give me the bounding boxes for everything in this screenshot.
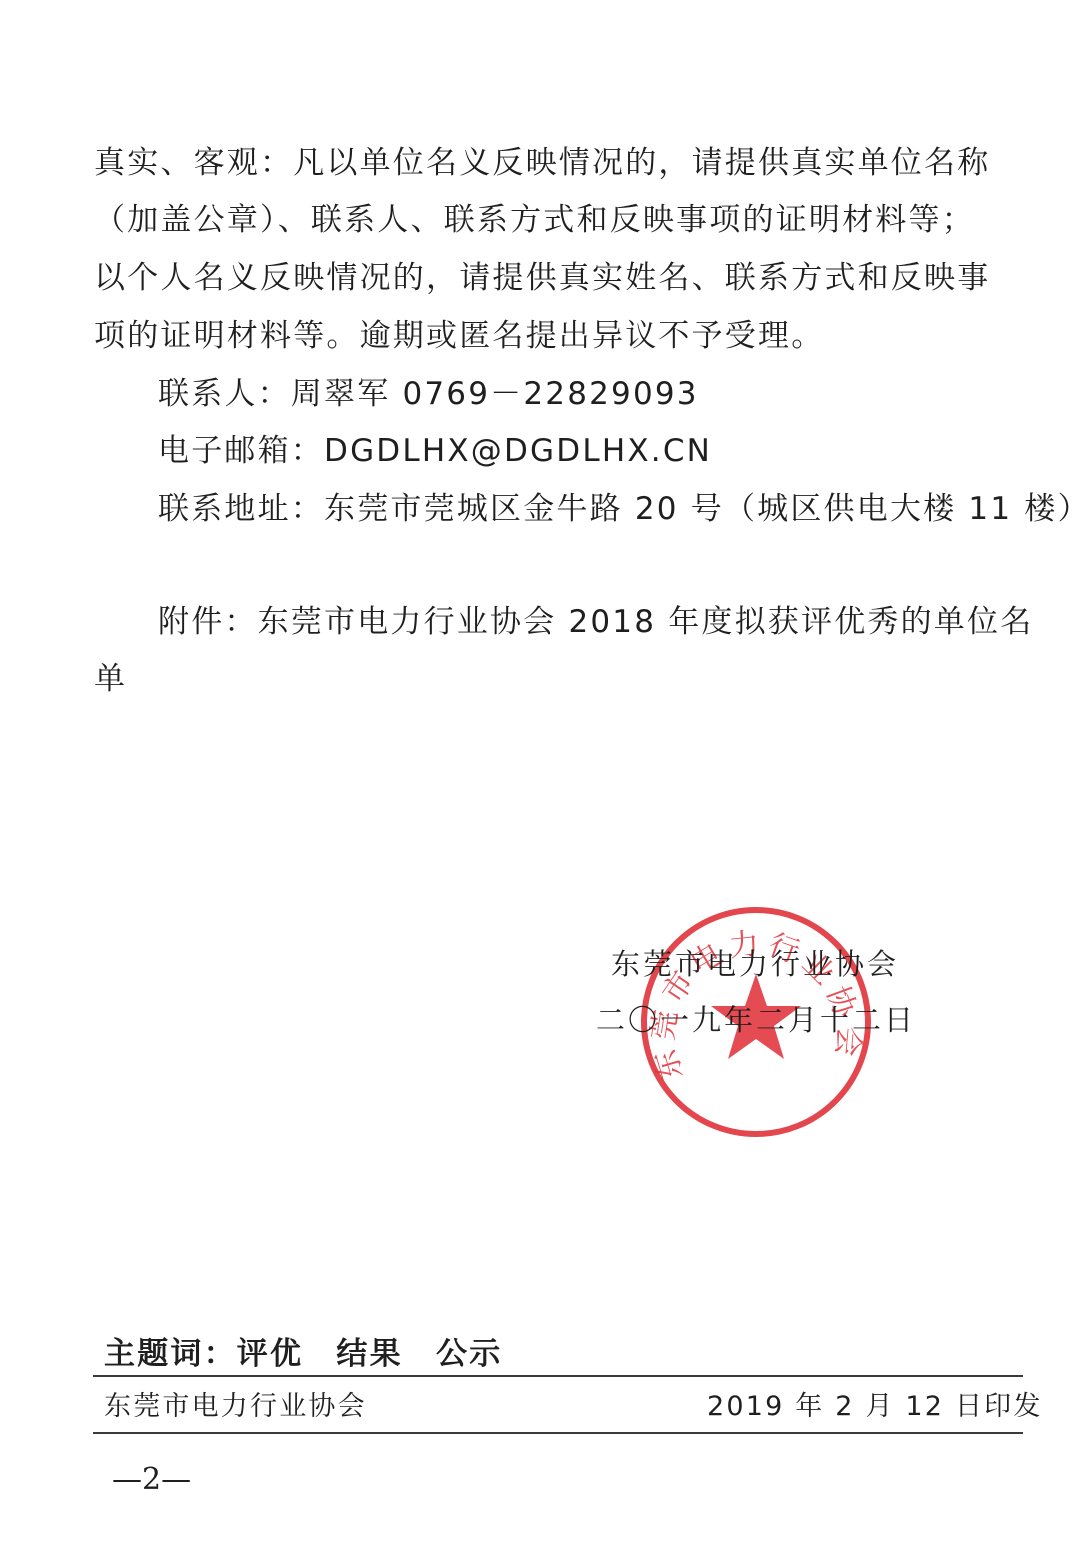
attachment-line-2: 单: [94, 659, 127, 699]
footer-issuer: 东莞市电力行业协会: [104, 1387, 367, 1427]
contact-person: 联系人：周翠军 0769－22829093: [158, 374, 699, 414]
signature-organization: 东莞市电力行业协会: [611, 944, 899, 984]
attachment-line-1: 附件：东莞市电力行业协会 2018 年度拟获评优秀的单位名: [158, 602, 1033, 642]
paragraph-line-3: 以个人名义反映情况的，请提供真实姓名、联系方式和反映事: [94, 258, 990, 298]
signature-date: 二〇一九年二月十二日: [596, 1000, 916, 1040]
page-number: —2—: [112, 1462, 191, 1497]
footer-divider-bottom: [93, 1432, 1023, 1434]
paragraph-line-4: 项的证明材料等。逾期或匿名提出异议不予受理。: [94, 316, 824, 356]
paragraph-line-1: 真实、客观：凡以单位名义反映情况的，请提供真实单位名称: [94, 143, 990, 183]
subject-keywords: 主题词：评优 结果 公示: [104, 1334, 502, 1374]
contact-email: 电子邮箱：DGDLHX@DGDLHX.CN: [158, 431, 712, 471]
footer-issue-date: 2019 年 2 月 12 日印发: [707, 1387, 1043, 1427]
contact-address: 联系地址：东莞市莞城区金牛路 20 号（城区供电大楼 11 楼）: [158, 489, 1080, 529]
paragraph-line-2: （加盖公章）、联系人、联系方式和反映事项的证明材料等；: [94, 200, 975, 240]
footer-divider-top: [93, 1375, 1023, 1377]
